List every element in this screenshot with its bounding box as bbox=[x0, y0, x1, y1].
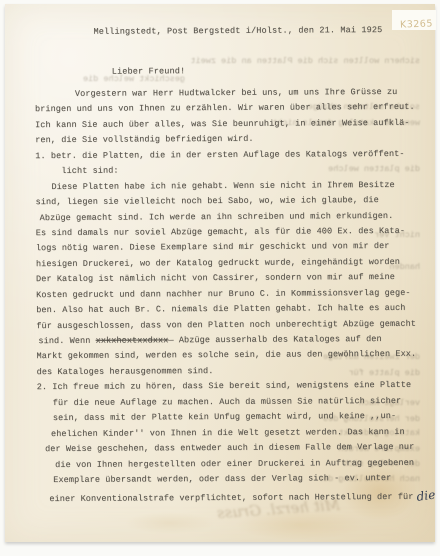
letter-line-text: — Abzüge ausserhalb des Kataloges auf de… bbox=[168, 334, 381, 345]
letter-page: sichern wollten sich die Platten an die … bbox=[5, 4, 435, 542]
letter-line-text: sind. Wenn bbox=[38, 336, 95, 346]
letter-line-text: 2. Ich freue mich zu hören, dass Sie ber… bbox=[37, 380, 412, 392]
letter-line-text: Diese Platten habe ich nie gehabt. Wenn … bbox=[51, 180, 394, 192]
letter-line-text: einer Konventionalstrafe verpflichtet, s… bbox=[49, 492, 413, 504]
letter-line: einer Konventionalstrafe verpflichtet, s… bbox=[49, 488, 426, 506]
archive-mark: K3265 bbox=[400, 18, 433, 30]
letter-body: Vorgestern war Herr Hudtwalcker bei uns,… bbox=[35, 87, 427, 506]
letter-line-text: 1. betr. die Platten, die in der ersten … bbox=[35, 149, 404, 161]
handwritten-word: die bbox=[416, 488, 437, 504]
letter-line-text: Abzüge gemacht sind. Ich werde an ihn sc… bbox=[40, 210, 394, 222]
letter-line-text: licht sind: bbox=[61, 166, 118, 176]
letter-line-text: Ich kann Sie auch über alles, was Sie be… bbox=[35, 118, 410, 130]
letter-line-text: Der Katalog ist nämlich nicht von Cassir… bbox=[36, 272, 395, 284]
letter-line-text: hiesigen Druckerei, wo der Katalog gedru… bbox=[36, 257, 400, 269]
salutation: Lieber Freund! bbox=[112, 66, 186, 76]
letter-line-text: Exemplare übersandt werden, oder dass de… bbox=[53, 473, 391, 485]
letter-line-text: die von Ihnen hergestellten oder einer D… bbox=[55, 457, 414, 469]
letter-line-text: Markt gekommen sind, werden es solche se… bbox=[36, 349, 416, 361]
letter-line-text: Vorgestern war Herr Hudtwalcker bei uns,… bbox=[75, 87, 398, 99]
letter-line-text: sein, dass mit der Platte kein Unfug gem… bbox=[53, 411, 396, 423]
letter-line-text: des Kataloges herausgenommen sind. bbox=[37, 366, 214, 377]
letter-line-text: bringen und uns von Ihnen zu erzählen. W… bbox=[35, 102, 415, 114]
dateline: Mellingstedt, Post Bergstedt i/Holst., d… bbox=[93, 25, 382, 37]
letter-line-text: logs nötig waren. Diese Exemplare sind m… bbox=[36, 241, 390, 253]
letter-content: Mellingstedt, Post Bergstedt i/Holst., d… bbox=[3, 3, 436, 544]
corner-slip: K3265 bbox=[392, 10, 436, 30]
letter-line-text: für die neue Auflage zu machen. Auch da … bbox=[53, 396, 402, 408]
scan-background: sichern wollten sich die Platten an die … bbox=[0, 0, 440, 556]
letter-line-text: Kosten gedruckt und dann nachher nur Bru… bbox=[36, 288, 411, 300]
letter-line-text: ren, die Sie vollständig befriedigen wir… bbox=[35, 134, 253, 145]
overtyped-deletion: xxkxhextxxdxxx bbox=[96, 335, 169, 345]
letter-line-text: ben. Also hat auch Br. C. niemals die Pl… bbox=[36, 303, 405, 315]
letter-line-text: der Weise geschehen, dass entweder auch … bbox=[45, 442, 414, 454]
letter-line-text: ehelichen Kinder'' von Ihnen in die Welt… bbox=[51, 427, 405, 439]
letter-line-text: sind, liegen sie vielleicht noch bei Sab… bbox=[36, 195, 379, 207]
letter-line-text: für ausgeschlossen, dass von den Platten… bbox=[36, 318, 416, 330]
letter-line-text: Es sind damals nur soviel Abzüge gemacht… bbox=[36, 226, 405, 238]
